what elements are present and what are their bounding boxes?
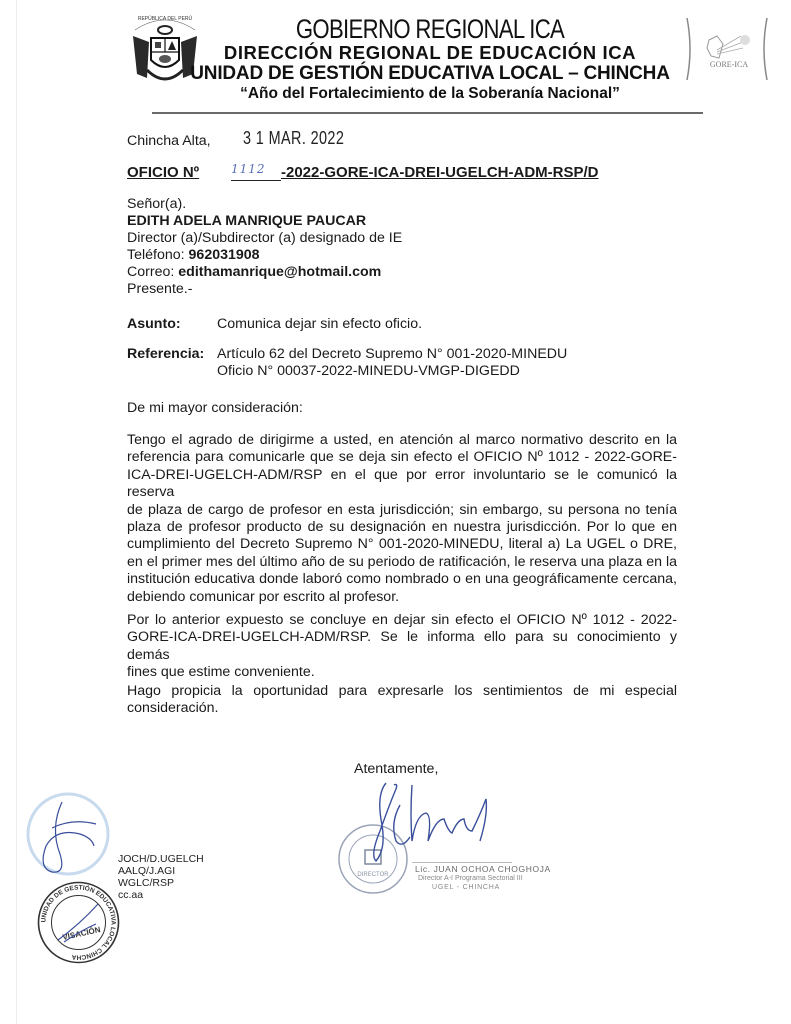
paragraph-line: ICA-DREI-UGELCH-ADM/RSP en el que por er…: [127, 467, 677, 502]
recipient-email-label: Correo:: [127, 264, 174, 280]
header-ugel-unit: UNIDAD DE GESTIÓN EDUCATIVA LOCAL – CHIN…: [150, 63, 710, 85]
paragraph-line: institución educativa donde laboró como …: [127, 571, 677, 588]
gore-ica-logo-text: GORE-ICA: [700, 60, 758, 69]
body-paragraph-1: Tengo el agrado de dirigirme a usted, en…: [127, 432, 677, 606]
handwritten-signature-icon: [340, 775, 510, 865]
paragraph-line: plaza de profesor producto de su designa…: [127, 519, 677, 536]
paragraph-line: de plaza de cargo de profesor en esta ju…: [127, 502, 677, 519]
body-paragraph-2: Por lo anterior expuesto se concluye en …: [127, 612, 677, 682]
oficio-number-underline: [231, 180, 281, 181]
asunto-text: Comunica dejar sin efecto oficio.: [217, 316, 422, 333]
initials-line-3: WGLC/RSP: [118, 877, 174, 889]
document-place: Chincha Alta,: [127, 133, 211, 150]
page-margin-line: [16, 0, 17, 1024]
paragraph-line: debiendo comunicar por escrito al profes…: [127, 589, 677, 606]
referencia-item-2: Oficio N° 00037-2022-MINEDU-VMGP-DIGEDD: [217, 363, 520, 380]
paragraph-line: GORE-ICA-DREI-UGELCH-ADM/RSP. Se le info…: [127, 629, 677, 664]
recipient-email: edithamanrique@hotmail.com: [178, 264, 381, 280]
visacion-stamp-icon: UNIDAD DE GESTIÓN EDUCATIVA LOCAL CHINCH…: [36, 880, 121, 965]
header-year-motto: “Año del Fortalecimiento de la Soberanía…: [150, 85, 710, 103]
recipient-phone-label: Teléfono:: [127, 247, 185, 263]
initials-line-1: JOCH/D.UGELCH: [118, 853, 204, 865]
oficio-code: -2022-GORE-ICA-DREI-UGELCH-ADM-RSP/D: [281, 164, 599, 181]
paragraph-line: Tengo el agrado de dirigirme a usted, en…: [127, 432, 677, 449]
initials-line-2: AALQ/J.AGI: [118, 865, 175, 877]
signatory-name: Lic. JUAN OCHOA CHOGHOJA: [415, 864, 551, 874]
oficio-number-handwritten: 1112: [231, 162, 266, 176]
body-paragraph-3: Hago propicia la oportunidad para expres…: [127, 683, 677, 718]
header-government-title: GOBIERNO REGIONAL ICA: [200, 14, 659, 45]
paragraph-line: referencia para comunicarle que se deja …: [127, 449, 677, 466]
signatory-unit: UGEL - CHINCHA: [432, 884, 500, 891]
paragraph-line: consideración.: [127, 700, 677, 717]
oficio-label: OFICIO Nº: [127, 164, 199, 181]
signature-rule: [412, 862, 512, 863]
paragraph-line: cumplimiento del Decreto Supremo N° 001-…: [127, 536, 677, 553]
referencia-item-1: Artículo 62 del Decreto Supremo N° 001-2…: [217, 346, 567, 363]
svg-text:REPÚBLICA DEL PERÚ: REPÚBLICA DEL PERÚ: [138, 15, 193, 22]
greeting: De mi mayor consideración:: [127, 400, 303, 417]
recipient-phone-row: Teléfono: 962031908: [127, 247, 260, 264]
recipient-salutation: Señor(a).: [127, 196, 186, 213]
visa-initial-signature-icon: [22, 788, 114, 880]
paragraph-line: Hago propicia la oportunidad para expres…: [127, 683, 677, 700]
paragraph-line: Por lo anterior expuesto se concluye en …: [127, 612, 677, 629]
paragraph-line: en el primer mes del último año de su pe…: [127, 554, 677, 571]
gore-ica-logo-icon: [683, 14, 771, 84]
referencia-label: Referencia:: [127, 346, 204, 363]
recipient-email-row: Correo: edithamanrique@hotmail.com: [127, 264, 381, 281]
recipient-name: EDITH ADELA MANRIQUE PAUCAR: [127, 213, 366, 230]
header-regional-direction: DIRECCIÓN REGIONAL DE EDUCACIÓN ICA: [150, 42, 710, 64]
date-stamp: 3 1 MAR. 2022: [243, 128, 344, 149]
recipient-phone: 962031908: [189, 247, 260, 263]
recipient-role: Director (a)/Subdirector (a) designado d…: [127, 230, 402, 247]
svg-text:DIRECTOR: DIRECTOR: [357, 872, 389, 878]
header-divider: [152, 112, 703, 114]
paragraph-line: fines que estime conveniente.: [127, 664, 677, 681]
recipient-presente: Presente.-: [127, 281, 192, 298]
initials-line-4: cc.aa: [118, 889, 143, 901]
asunto-label: Asunto:: [127, 316, 181, 333]
signatory-title: Director A-I Programa Sectorial III: [418, 875, 523, 882]
